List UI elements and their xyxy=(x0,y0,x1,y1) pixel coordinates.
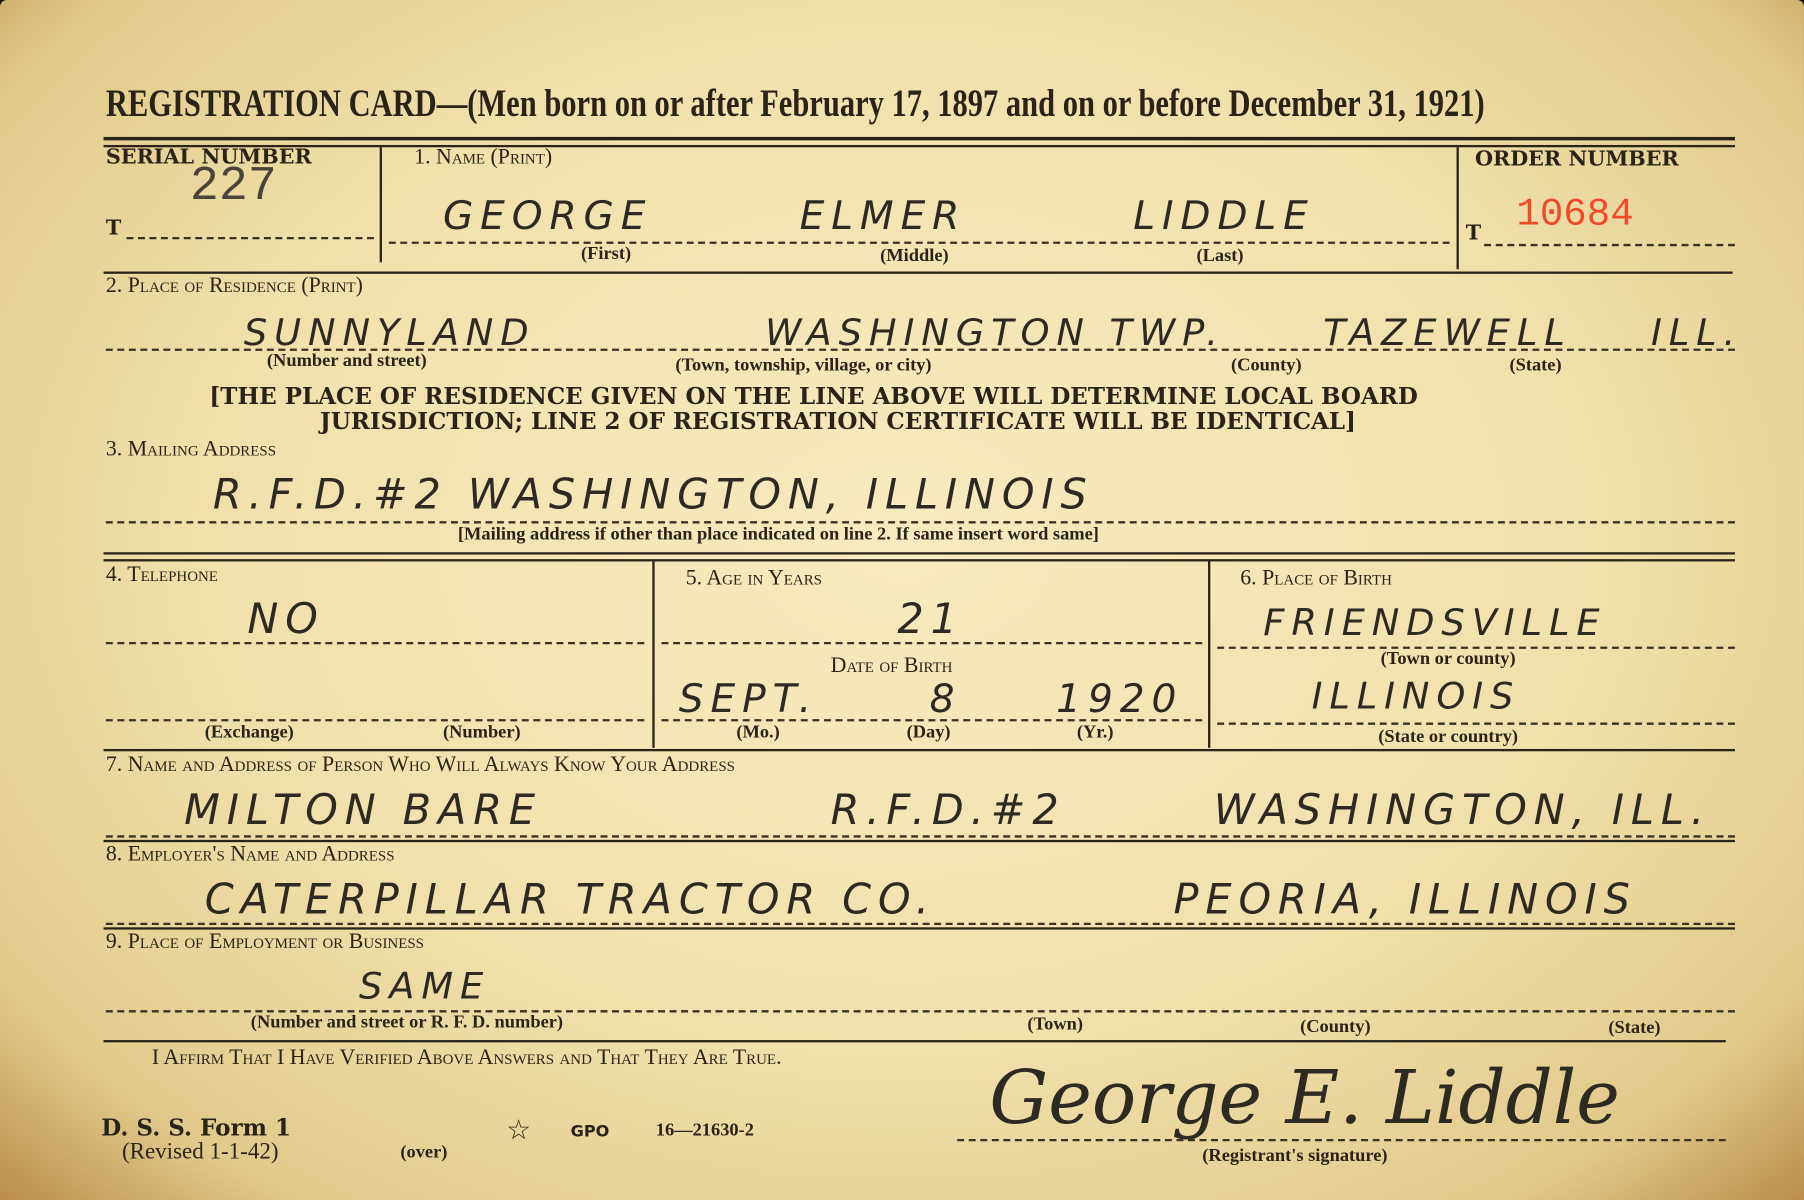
middle-caption: (Middle) xyxy=(880,246,949,267)
first-caption: (First) xyxy=(581,244,631,265)
last-name-value: LIDDLE xyxy=(1133,193,1315,239)
serial-t-prefix: T xyxy=(106,216,121,240)
number-caption: (Number) xyxy=(443,723,521,744)
birthplace-town-value: FRIENDSVILLE xyxy=(1263,601,1606,645)
exchange-caption: (Exchange) xyxy=(205,723,294,744)
birthplace-state-caption: (State or country) xyxy=(1378,727,1518,748)
order-number-label: ORDER NUMBER xyxy=(1475,147,1679,171)
telephone-value: NO xyxy=(247,596,324,643)
affirmation-text: I Affirm That I Have Verified Above Answ… xyxy=(152,1046,782,1071)
state-caption: (State) xyxy=(1509,356,1561,377)
mailing-caption: [Mailing address if other than place ind… xyxy=(458,525,1099,546)
first-name-value: GEORGE xyxy=(443,193,652,239)
form-number: D. S. S. Form 1 xyxy=(101,1114,291,1142)
employer-name-value: CATERPILLAR TRACTOR CO. xyxy=(205,877,936,924)
mailing-address-label: 3. Mailing Address xyxy=(106,437,276,462)
age-value: 21 xyxy=(897,596,964,643)
dob-day-value: 8 xyxy=(930,676,962,722)
birthplace-town-caption: (Town or county) xyxy=(1381,649,1516,670)
dob-month-value: SEPT. xyxy=(679,676,818,722)
town-caption: (Town, township, village, or city) xyxy=(675,356,931,377)
employer-address-value: PEORIA, ILLINOIS xyxy=(1174,877,1637,924)
contact-rfd-value: R.F.D.#2 xyxy=(831,787,1066,834)
over-note: (over) xyxy=(400,1142,447,1163)
star-icon: ☆ xyxy=(506,1114,531,1146)
birthplace-label: 6. Place of Birth xyxy=(1240,566,1392,591)
signature-caption: (Registrant's signature) xyxy=(1202,1146,1387,1167)
registration-card: REGISTRATION CARD—(Men born on or after … xyxy=(0,0,1804,1200)
gpo-number: 16—21630-2 xyxy=(656,1121,754,1142)
middle-name-value: ELMER xyxy=(800,193,967,239)
name-label: 1. Name (Print) xyxy=(414,145,552,170)
employment-county-caption: (County) xyxy=(1300,1017,1371,1038)
order-number-value: 10684 xyxy=(1516,193,1633,237)
residence-notice-line2: JURISDICTION; LINE 2 OF REGISTRATION CER… xyxy=(320,407,1356,435)
residence-notice-line1: [THE PLACE OF RESIDENCE GIVEN ON THE LIN… xyxy=(209,382,1417,410)
employment-state-caption: (State) xyxy=(1608,1018,1660,1039)
telephone-label: 4. Telephone xyxy=(106,563,218,588)
dob-year-value: 1920 xyxy=(1056,676,1183,722)
day-caption: (Day) xyxy=(907,723,951,744)
dob-label: Date of Birth xyxy=(831,653,953,678)
mailing-address-value: R.F.D.#2 WASHINGTON, ILLINOIS xyxy=(213,472,1094,519)
form-revised: (Revised 1-1-42) xyxy=(122,1139,279,1165)
card-title: REGISTRATION CARD—(Men born on or after … xyxy=(106,83,1485,127)
birthplace-state-value: ILLINOIS xyxy=(1312,674,1521,718)
serial-number-value: 227 xyxy=(190,159,277,214)
registrant-signature: George E. Liddle xyxy=(989,1056,1619,1141)
employment-street-caption: (Number and street or R. F. D. number) xyxy=(251,1012,563,1033)
gpo-label: GPO xyxy=(571,1123,610,1141)
residence-label: 2. Place of Residence (Print) xyxy=(106,274,363,299)
employment-place-value: SAME xyxy=(359,964,490,1008)
year-caption: (Yr.) xyxy=(1077,723,1114,744)
street-caption: (Number and street) xyxy=(267,351,427,372)
last-caption: (Last) xyxy=(1197,246,1244,267)
employment-place-label: 9. Place of Employment or Business xyxy=(106,930,424,955)
employer-label: 8. Employer's Name and Address xyxy=(106,842,395,867)
contact-label: 7. Name and Address of Person Who Will A… xyxy=(106,752,735,777)
order-t-prefix: T xyxy=(1466,221,1481,245)
employment-town-caption: (Town) xyxy=(1027,1015,1083,1036)
month-caption: (Mo.) xyxy=(736,723,779,744)
age-label: 5. Age in Years xyxy=(686,566,822,591)
contact-name-value: MILTON BARE xyxy=(184,787,542,834)
contact-town-value: WASHINGTON, ILL. xyxy=(1214,787,1711,834)
county-caption: (County) xyxy=(1231,356,1302,377)
